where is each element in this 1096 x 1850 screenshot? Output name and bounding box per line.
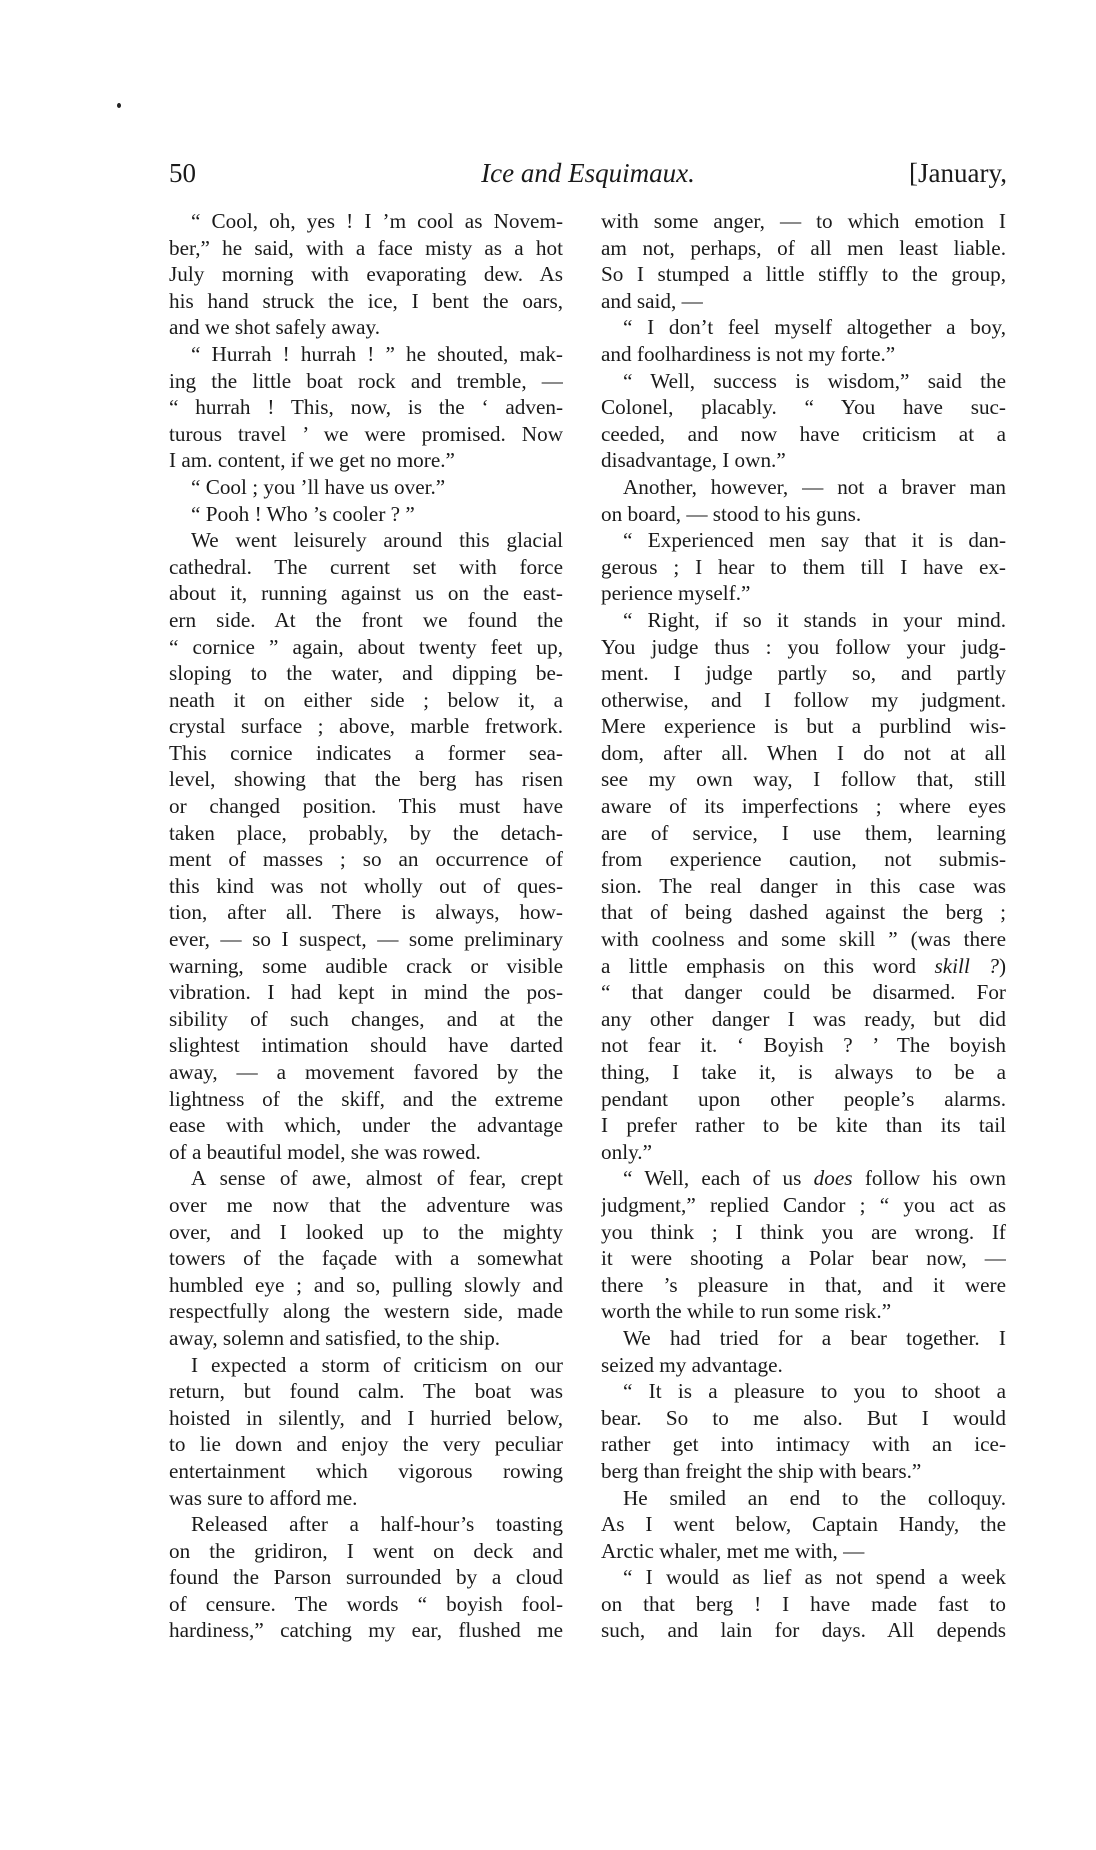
text-line: neath it on either side ; below it, a	[169, 687, 563, 714]
text-line: was sure to afford me.	[169, 1485, 563, 1512]
text-line: a little emphasis on this word skill ?)	[601, 953, 1006, 980]
text-line: bear. So to me also. But I would	[601, 1405, 1006, 1432]
text-line: his hand struck the ice, I bent the oars…	[169, 288, 563, 315]
text-line: dom, after all. When I do not at all	[601, 740, 1006, 767]
text-line: lightness of the skiff, and the extreme	[169, 1086, 563, 1113]
left-column: “ Cool, oh, yes ! I ’m cool as Novem-ber…	[169, 208, 563, 1644]
text-line: ceeded, and now have criticism at a	[601, 421, 1006, 448]
text-line: We went leisurely around this glacial	[169, 527, 563, 554]
text-line: with some anger, — to which emotion I	[601, 208, 1006, 235]
print-speck	[117, 103, 121, 108]
text-line: and foolhardiness is not my forte.”	[601, 341, 1006, 368]
text-line: there ’s pleasure in that, and it were	[601, 1272, 1006, 1299]
text-line: rather get into intimacy with an ice-	[601, 1431, 1006, 1458]
running-header: 50 Ice and Esquimaux. [January,	[169, 158, 1007, 194]
text-line: return, but found calm. The boat was	[169, 1378, 563, 1405]
text-line: sloping to the water, and dipping be-	[169, 660, 563, 687]
text-line: Mere experience is but a purblind wis-	[601, 713, 1006, 740]
text-line: Released after a half-hour’s toasting	[169, 1511, 563, 1538]
text-line: worth the while to run some risk.”	[601, 1298, 1006, 1325]
text-line: pendant upon other people’s alarms.	[601, 1086, 1006, 1113]
text-line: any other danger I was ready, but did	[601, 1006, 1006, 1033]
text-line: disadvantage, I own.”	[601, 447, 1006, 474]
text-line: judgment,” replied Candor ; “ you act as	[601, 1192, 1006, 1219]
text-line: ment. I judge partly so, and partly	[601, 660, 1006, 687]
text-line: am not, perhaps, of all men least liable…	[601, 235, 1006, 262]
text-line: July morning with evaporating dew. As	[169, 261, 563, 288]
text-line: “ Cool, oh, yes ! I ’m cool as Novem-	[169, 208, 563, 235]
text-line: I am. content, if we get no more.”	[169, 447, 563, 474]
text-line: and we shot safely away.	[169, 314, 563, 341]
text-line: not fear it. ‘ Boyish ? ’ The boyish	[601, 1032, 1006, 1059]
text-line: this kind was not wholly out of ques-	[169, 873, 563, 900]
text-line: “ that danger could be disarmed. For	[601, 979, 1006, 1006]
text-line: “ Experienced men say that it is dan-	[601, 527, 1006, 554]
text-line: This cornice indicates a former sea-	[169, 740, 563, 767]
text-line: to lie down and enjoy the very peculiar	[169, 1431, 563, 1458]
text-line: humbled eye ; and so, pulling slowly and	[169, 1272, 563, 1299]
text-line: crystal surface ; above, marble fretwork…	[169, 713, 563, 740]
text-line: with coolness and some skill ” (was ther…	[601, 926, 1006, 953]
text-line: of a beautiful model, she was rowed.	[169, 1139, 563, 1166]
text-line: gerous ; I hear to them till I have ex-	[601, 554, 1006, 581]
text-line: “ cornice ” again, about twenty feet up,	[169, 634, 563, 661]
text-line: I expected a storm of criticism on our	[169, 1352, 563, 1379]
text-line: hardiness,” catching my ear, flushed me	[169, 1617, 563, 1644]
text-line: “ Right, if so it stands in your mind.	[601, 607, 1006, 634]
text-line: ber,” he said, with a face misty as a ho…	[169, 235, 563, 262]
text-line: on that berg ! I have made fast to	[601, 1591, 1006, 1618]
text-line: entertainment which vigorous rowing	[169, 1458, 563, 1485]
text-line: see my own way, I follow that, still	[601, 766, 1006, 793]
text-line: thing, I take it, is always to be a	[601, 1059, 1006, 1086]
text-line: We had tried for a bear together. I	[601, 1325, 1006, 1352]
running-title: Ice and Esquimaux.	[169, 158, 1007, 189]
text-line: Colonel, placably. “ You have suc-	[601, 394, 1006, 421]
text-line: turous travel ’ we were promised. Now	[169, 421, 563, 448]
text-line: aware of its imperfections ; where eyes	[601, 793, 1006, 820]
text-line: over, and I looked up to the mighty	[169, 1219, 563, 1246]
text-line: “ Hurrah ! hurrah ! ” he shouted, mak-	[169, 341, 563, 368]
text-line: that of being dashed against the berg ;	[601, 899, 1006, 926]
text-line: Arctic whaler, met me with, —	[601, 1538, 1006, 1565]
text-line: “ Well, each of us does follow his own	[601, 1165, 1006, 1192]
text-line: “ Pooh ! Who ’s cooler ? ”	[169, 501, 563, 528]
text-line: slightest intimation should have darted	[169, 1032, 563, 1059]
text-line: “ Well, success is wisdom,” said the	[601, 368, 1006, 395]
text-line: “ It is a pleasure to you to shoot a	[601, 1378, 1006, 1405]
text-line: I prefer rather to be kite than its tail	[601, 1112, 1006, 1139]
text-line: taken place, probably, by the detach-	[169, 820, 563, 847]
text-line: it were shooting a Polar bear now, —	[601, 1245, 1006, 1272]
text-line: hoisted in silently, and I hurried below…	[169, 1405, 563, 1432]
text-line: ing the little boat rock and tremble, —	[169, 368, 563, 395]
text-line: otherwise, and I follow my judgment.	[601, 687, 1006, 714]
text-line: and said, —	[601, 288, 1006, 315]
text-line: such, and lain for days. All depends	[601, 1617, 1006, 1644]
text-line: ment of masses ; so an occurrence of	[169, 846, 563, 873]
text-line: tion, after all. There is always, how-	[169, 899, 563, 926]
text-line: away, solemn and satisfied, to the ship.	[169, 1325, 563, 1352]
text-line: towers of the façade with a somewhat	[169, 1245, 563, 1272]
text-line: sion. The real danger in this case was	[601, 873, 1006, 900]
text-line: “ hurrah ! This, now, is the ‘ adven-	[169, 394, 563, 421]
text-line: perience myself.”	[601, 580, 1006, 607]
text-line: ease with which, under the advantage	[169, 1112, 563, 1139]
text-line: You judge thus : you follow your judg-	[601, 634, 1006, 661]
text-line: Another, however, — not a braver man	[601, 474, 1006, 501]
text-line: So I stumped a little stiffly to the gro…	[601, 261, 1006, 288]
text-line: “ I would as lief as not spend a week	[601, 1564, 1006, 1591]
text-line: “ I don’t feel myself altogether a boy,	[601, 314, 1006, 341]
text-line: away, — a movement favored by the	[169, 1059, 563, 1086]
text-line: of censure. The words “ boyish fool-	[169, 1591, 563, 1618]
text-line: or changed position. This must have	[169, 793, 563, 820]
text-line: you think ; I think you are wrong. If	[601, 1219, 1006, 1246]
text-line: over me now that the adventure was	[169, 1192, 563, 1219]
text-line: vibration. I had kept in mind the pos-	[169, 979, 563, 1006]
text-line: on the gridiron, I went on deck and	[169, 1538, 563, 1565]
text-line: sibility of such changes, and at the	[169, 1006, 563, 1033]
text-line: A sense of awe, almost of fear, crept	[169, 1165, 563, 1192]
text-line: “ Cool ; you ’ll have us over.”	[169, 474, 563, 501]
text-line: ever, — so I suspect, — some preliminary	[169, 926, 563, 953]
text-line: warning, some audible crack or visible	[169, 953, 563, 980]
text-line: seized my advantage.	[601, 1352, 1006, 1379]
text-line: cathedral. The current set with force	[169, 554, 563, 581]
text-line: on board, — stood to his guns.	[601, 501, 1006, 528]
text-line: As I went below, Captain Handy, the	[601, 1511, 1006, 1538]
text-line: respectfully along the western side, mad…	[169, 1298, 563, 1325]
text-line: found the Parson surrounded by a cloud	[169, 1564, 563, 1591]
text-line: from experience caution, not submis-	[601, 846, 1006, 873]
text-line: level, showing that the berg has risen	[169, 766, 563, 793]
right-column: with some anger, — to which emotion Iam …	[601, 208, 1006, 1644]
text-line: berg than freight the ship with bears.”	[601, 1458, 1006, 1485]
text-line: only.”	[601, 1139, 1006, 1166]
text-line: ern side. At the front we found the	[169, 607, 563, 634]
text-line: about it, running against us on the east…	[169, 580, 563, 607]
text-line: are of service, I use them, learning	[601, 820, 1006, 847]
text-line: He smiled an end to the colloquy.	[601, 1485, 1006, 1512]
running-date: [January,	[909, 158, 1007, 189]
